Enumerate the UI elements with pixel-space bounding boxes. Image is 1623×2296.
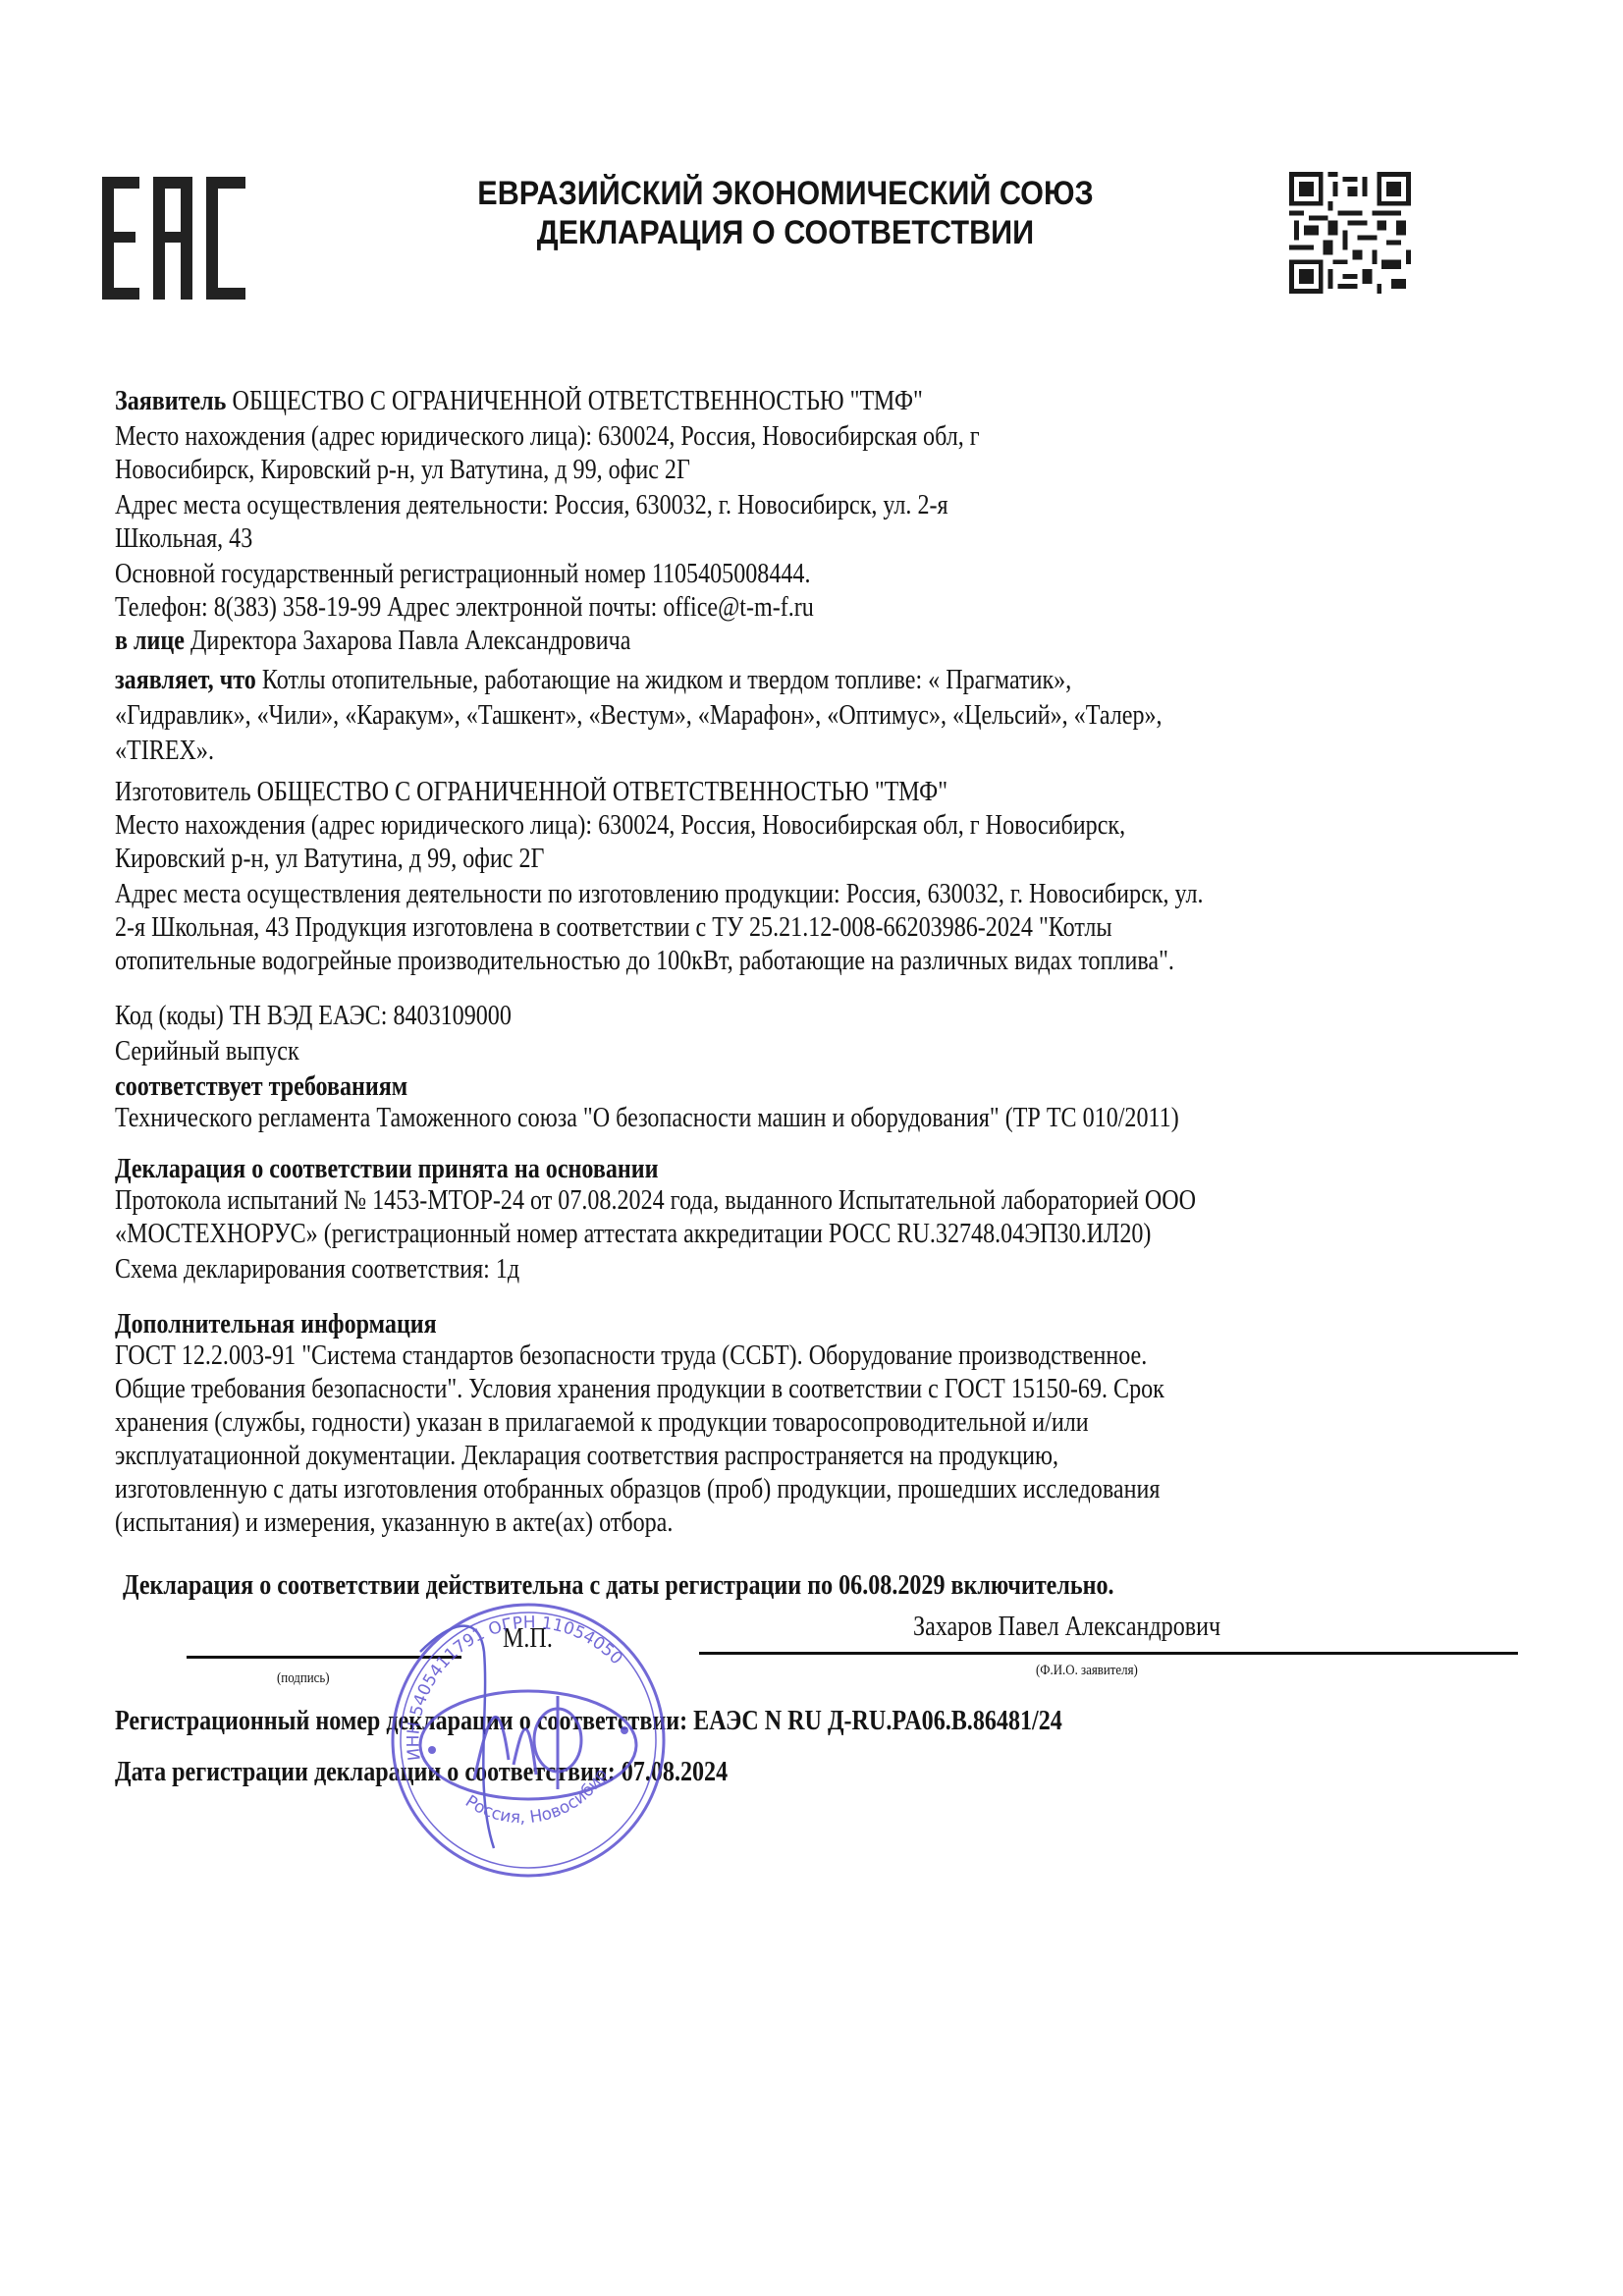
name-caption: (Ф.И.О. заявителя) — [1036, 1654, 1138, 1687]
basis-line-2: «МОСТЕХНОРУС» (регистрационный номер атт… — [115, 1218, 1151, 1251]
additional-line-3: хранения (службы, годности) указан в при… — [115, 1406, 1089, 1440]
union-title: ЕВРАЗИЙСКИЙ ЭКОНОМИЧЕСКИЙ СОЮЗ — [344, 175, 1227, 213]
declares-products: Котлы отопительные, работающие на жидком… — [262, 665, 1071, 695]
basis-line-1: Протокола испытаний № 1453-МТОР-24 от 07… — [115, 1184, 1196, 1218]
qr-code-icon — [1289, 172, 1411, 294]
manufacturer-line-1: Изготовитель ОБЩЕСТВО С ОГРАНИЧЕННОЙ ОТВ… — [115, 776, 947, 809]
additional-line-6: (испытания) и измерения, указанную в акт… — [115, 1506, 673, 1540]
applicant-activity-1: Адрес места осуществления деятельности: … — [115, 489, 948, 522]
additional-line-5: изготовленную с даты изготовления отобра… — [115, 1473, 1160, 1506]
applicant-label: Заявитель — [115, 386, 226, 416]
applicant-ogrn: Основной государственный регистрационный… — [115, 558, 810, 591]
applicant-line: Заявитель ОБЩЕСТВО С ОГРАНИЧЕННОЙ ОТВЕТС… — [115, 385, 923, 418]
applicant-name: ОБЩЕСТВО С ОГРАНИЧЕННОЙ ОТВЕТСТВЕННОСТЬЮ… — [232, 386, 922, 416]
requirements-heading: соответствует требованиям — [115, 1070, 407, 1104]
additional-line-4: эксплуатационной документации. Деклараци… — [115, 1440, 1058, 1473]
tn-ved-code: Код (коды) ТН ВЭД ЕАЭС: 8403109000 — [115, 1000, 512, 1033]
manufacturer-line-6: отопительные водогрейные производительно… — [115, 945, 1174, 978]
applicant-address-1: Место нахождения (адрес юридического лиц… — [115, 420, 980, 454]
stamp-seal-icon: ИНН 5405411791 ОГРН 1105405008444 Россия… — [381, 1593, 676, 1887]
additional-line-2: Общие требования безопасности". Условия … — [115, 1373, 1164, 1406]
manufacturer-line-5: 2-я Школьная, 43 Продукция изготовлена в… — [115, 911, 1112, 945]
additional-line-1: ГОСТ 12.2.003-91 "Система стандартов без… — [115, 1339, 1147, 1373]
manufacturer-line-3: Кировский р-н, ул Ватутина, д 99, офис 2… — [115, 843, 544, 876]
applicant-activity-2: Школьная, 43 — [115, 522, 252, 556]
document-title: ДЕКЛАРАЦИЯ О СООТВЕТСТВИИ — [344, 214, 1227, 252]
requirements-text: Технического регламента Таможенного союз… — [115, 1102, 1179, 1135]
signer-name: Захаров Павел Александрович — [913, 1611, 1220, 1644]
representative-name: Директора Захарова Павла Александровича — [190, 626, 630, 656]
representative-line: в лице Директора Захарова Павла Александ… — [115, 625, 630, 658]
release-type: Серийный выпуск — [115, 1035, 299, 1068]
signature-caption: (подпись) — [277, 1662, 330, 1695]
basis-heading: Декларация о соответствии принята на осн… — [115, 1153, 659, 1186]
company-stamp: ИНН 5405411791 ОГРН 1105405008444 Россия… — [381, 1593, 676, 1887]
eac-logo — [102, 177, 249, 300]
representative-label: в лице — [115, 626, 185, 656]
declaration-scheme: Схема декларирования соответствия: 1д — [115, 1253, 519, 1286]
declares-line-1: заявляет, что Котлы отопительные, работа… — [115, 664, 1071, 697]
manufacturer-line-4: Адрес места осуществления деятельности п… — [115, 878, 1204, 911]
eac-logo-icon — [102, 177, 249, 300]
additional-heading: Дополнительная информация — [115, 1308, 437, 1341]
applicant-address-2: Новосибирск, Кировский р-н, ул Ватутина,… — [115, 454, 690, 487]
declares-label: заявляет, что — [115, 665, 256, 695]
manufacturer-line-2: Место нахождения (адрес юридического лиц… — [115, 809, 1125, 843]
declares-line-3: «TIREX». — [115, 735, 214, 768]
declares-line-2: «Гидравлик», «Чили», «Каракум», «Ташкент… — [115, 699, 1163, 733]
applicant-contacts: Телефон: 8(383) 358-19-99 Адрес электрон… — [115, 591, 814, 625]
